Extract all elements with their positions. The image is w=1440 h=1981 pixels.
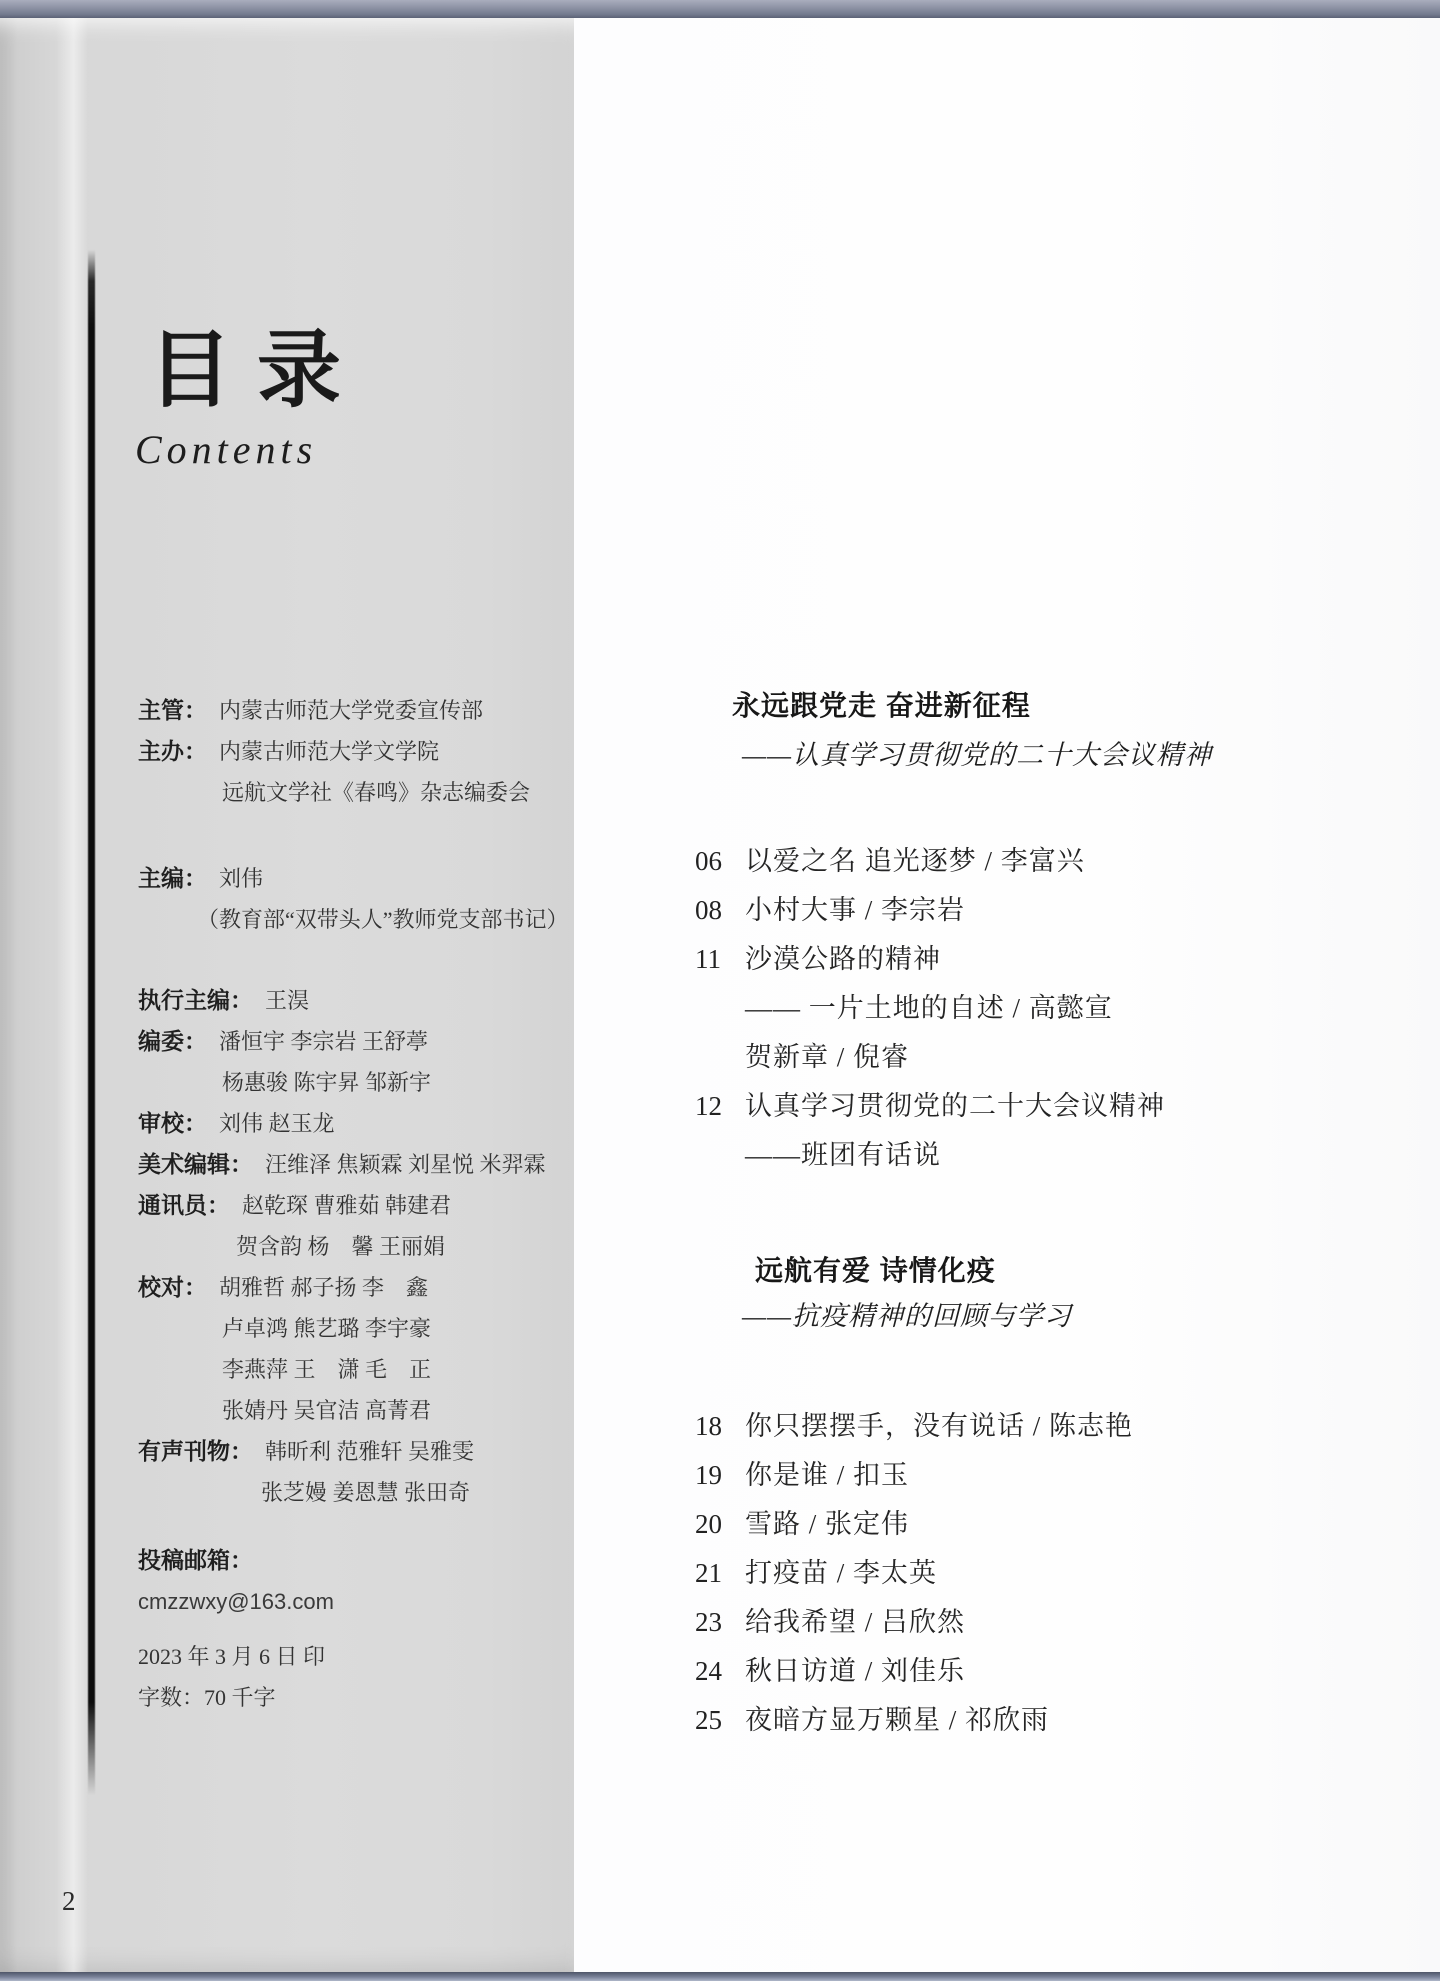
masthead-row: 张婧丹 吴官洁 高菁君 (222, 1390, 574, 1431)
toc-entry: 25夜暗方显万颗星 / 祁欣雨 (695, 1696, 1415, 1745)
masthead-value: 王淏 (265, 988, 309, 1013)
toc-entry-line: 夜暗方显万颗星 / 祁欣雨 (745, 1696, 1415, 1745)
masthead-label: 主管： (138, 697, 207, 723)
masthead-row: 卢卓鸿 熊艺璐 李宇豪 (222, 1308, 574, 1349)
toc-entry-line: 贺新章 / 倪睿 (745, 1033, 1415, 1082)
photo-bottom-edge (0, 1972, 1440, 1981)
toc-entry: 21打疫苗 / 李太英 (695, 1549, 1415, 1598)
toc-list: 06以爱之名 追光逐梦 / 李富兴08小村大事 / 李宗岩11沙漠公路的精神——… (695, 837, 1415, 1180)
toc-entry-line: 以爱之名 追光逐梦 / 李富兴 (745, 837, 1415, 886)
masthead-value: 李燕萍 王 潇 毛 正 (222, 1357, 431, 1382)
toc-entry-lines: 你只摆摆手，没有说话 / 陈志艳 (745, 1402, 1415, 1451)
toc-entry-line: 你是谁 / 扣玉 (745, 1451, 1415, 1500)
toc-entry-lines: 你是谁 / 扣玉 (745, 1451, 1415, 1500)
masthead-label: 编委： (138, 1028, 207, 1054)
masthead-row: 贺含韵 杨 馨 王丽娟 (236, 1226, 574, 1267)
toc-section-subtitle: ——抗疫精神的回顾与学习 (742, 1298, 1415, 1334)
masthead-label: 主办： (138, 738, 207, 764)
masthead-row: 杨惠骏 陈宇昇 邹新宇 (222, 1062, 574, 1103)
masthead-value: （教育部“双带头人”教师党支部书记） (197, 907, 569, 932)
masthead-row: （教育部“双带头人”教师党支部书记） (197, 899, 574, 940)
toc-page-number: 18 (695, 1402, 745, 1451)
masthead: 主管：内蒙古师范大学党委宣传部主办：内蒙古师范大学文学院远航文学社《春鸣》杂志编… (0, 690, 574, 1622)
toc-page-number: 11 (695, 935, 745, 1082)
masthead-row: 美术编辑：汪维泽 焦颖霖 刘星悦 米羿霖 (138, 1144, 574, 1185)
photo-top-edge (0, 0, 1440, 18)
toc-entry-lines: 雪路 / 张定伟 (745, 1500, 1415, 1549)
toc-list: 18你只摆摆手，没有说话 / 陈志艳19你是谁 / 扣玉20雪路 / 张定伟21… (695, 1402, 1415, 1745)
masthead-value: 赵乾琛 曹雅茹 韩建君 (242, 1193, 451, 1218)
masthead-value: 胡雅哲 郝子扬 李 鑫 (219, 1275, 428, 1300)
toc-entry: 23给我希望 / 吕欣然 (695, 1598, 1415, 1647)
toc-page-number: 21 (695, 1549, 745, 1598)
masthead-value: 刘伟 (219, 866, 263, 891)
masthead-row: 李燕萍 王 潇 毛 正 (222, 1349, 574, 1390)
toc-entry-line: 雪路 / 张定伟 (745, 1500, 1415, 1549)
toc-entry: 19你是谁 / 扣玉 (695, 1451, 1415, 1500)
toc-entry-line: ——班团有话说 (745, 1131, 1415, 1180)
toc-page-number: 23 (695, 1598, 745, 1647)
toc-entry-lines: 夜暗方显万颗星 / 祁欣雨 (745, 1696, 1415, 1745)
masthead-value: 卢卓鸿 熊艺璐 李宇豪 (222, 1316, 431, 1341)
toc-entry-line: 沙漠公路的精神 (745, 935, 1415, 984)
toc-page-number: 25 (695, 1696, 745, 1745)
masthead-row: 执行主编：王淏 (138, 980, 574, 1021)
masthead-value: 贺含韵 杨 馨 王丽娟 (236, 1234, 445, 1259)
toc-entry: 20雪路 / 张定伟 (695, 1500, 1415, 1549)
toc-entry: 11沙漠公路的精神—— 一片土地的自述 / 高懿宣贺新章 / 倪睿 (695, 935, 1415, 1082)
toc-entry-lines: 给我希望 / 吕欣然 (745, 1598, 1415, 1647)
masthead-row: 通讯员：赵乾琛 曹雅茹 韩建君 (138, 1185, 574, 1226)
toc-page-number: 19 (695, 1451, 745, 1500)
toc-section-subtitle: ——认真学习贯彻党的二十大会议精神 (742, 737, 1415, 773)
scanned-magazine-page: 目 录 Contents 主管：内蒙古师范大学党委宣传部主办：内蒙古师范大学文学… (0, 0, 1440, 1981)
masthead-row: 主编：刘伟 (138, 858, 574, 899)
toc-entry: 18你只摆摆手，没有说话 / 陈志艳 (695, 1402, 1415, 1451)
toc-entry-lines: 沙漠公路的精神—— 一片土地的自述 / 高懿宣贺新章 / 倪睿 (745, 935, 1415, 1082)
toc-page-number: 06 (695, 837, 745, 886)
colophon-line: 字数：70 千字 (138, 1677, 325, 1718)
toc-section-antiepidemic: 远航有爱 诗情化疫 ——抗疫精神的回顾与学习 18你只摆摆手，没有说话 / 陈志… (695, 1253, 1415, 1745)
masthead-row: 校对：胡雅哲 郝子扬 李 鑫 (138, 1267, 574, 1308)
masthead-value: 刘伟 赵玉龙 (219, 1111, 335, 1136)
toc-entry-line: 认真学习贯彻党的二十大会议精神 (745, 1082, 1415, 1131)
toc-page-number: 08 (695, 886, 745, 935)
masthead-label: 美术编辑： (138, 1151, 253, 1177)
masthead-row: 远航文学社《春鸣》杂志编委会 (222, 772, 574, 813)
toc-section-party: 永远跟党走 奋进新征程 ——认真学习贯彻党的二十大会议精神 06以爱之名 追光逐… (695, 688, 1415, 1180)
masthead-row: 主办：内蒙古师范大学文学院 (138, 731, 574, 772)
toc-entry: 24秋日访道 / 刘佳乐 (695, 1647, 1415, 1696)
masthead-label: 审校： (138, 1110, 207, 1136)
toc-entry: 08小村大事 / 李宗岩 (695, 886, 1415, 935)
toc-section-title: 永远跟党走 奋进新征程 (732, 688, 1415, 724)
masthead-value: 杨惠骏 陈宇昇 邹新宇 (222, 1070, 431, 1095)
masthead-value: 张芝嫚 姜恩慧 张田奇 (261, 1480, 470, 1505)
toc-page-number: 20 (695, 1500, 745, 1549)
masthead-label: 投稿邮箱： (138, 1547, 253, 1573)
page-number: 2 (62, 1886, 76, 1917)
toc-entry-lines: 打疫苗 / 李太英 (745, 1549, 1415, 1598)
toc-entry-lines: 认真学习贯彻党的二十大会议精神——班团有话说 (745, 1082, 1415, 1180)
toc-page-number: 24 (695, 1647, 745, 1696)
masthead-label: 有声刊物： (138, 1438, 253, 1464)
masthead-value: 韩昕利 范雅轩 吴雅雯 (265, 1439, 474, 1464)
toc-entry-line: —— 一片土地的自述 / 高懿宣 (745, 984, 1415, 1033)
toc-entry: 06以爱之名 追光逐梦 / 李富兴 (695, 837, 1415, 886)
toc-section-title: 远航有爱 诗情化疫 (755, 1253, 1415, 1289)
masthead-value: 内蒙古师范大学党委宣传部 (219, 698, 483, 723)
toc-entry-lines: 秋日访道 / 刘佳乐 (745, 1647, 1415, 1696)
toc-entry-line: 小村大事 / 李宗岩 (745, 886, 1415, 935)
toc-entry-line: 给我希望 / 吕欣然 (745, 1598, 1415, 1647)
masthead-value: 潘恒宇 李宗岩 王舒葶 (219, 1029, 428, 1054)
page-title-chinese: 目 录 (148, 326, 343, 418)
toc-entry: 12认真学习贯彻党的二十大会议精神——班团有话说 (695, 1082, 1415, 1180)
toc-entry-lines: 以爱之名 追光逐梦 / 李富兴 (745, 837, 1415, 886)
masthead-value: 张婧丹 吴官洁 高菁君 (222, 1398, 431, 1423)
colophon: 2023 年 3 月 6 日 印字数：70 千字 (138, 1636, 325, 1718)
masthead-row: 投稿邮箱：cmzzwxy@163.com (138, 1540, 574, 1622)
masthead-row: 有声刊物：韩昕利 范雅轩 吴雅雯 (138, 1431, 574, 1472)
toc-entry-line: 你只摆摆手，没有说话 / 陈志艳 (745, 1402, 1415, 1451)
colophon-line: 2023 年 3 月 6 日 印 (138, 1636, 325, 1677)
masthead-row: 张芝嫚 姜恩慧 张田奇 (261, 1472, 574, 1513)
masthead-row: 主管：内蒙古师范大学党委宣传部 (138, 690, 574, 731)
toc-entry-line: 秋日访道 / 刘佳乐 (745, 1647, 1415, 1696)
masthead-label: 校对： (138, 1274, 207, 1300)
masthead-row: 审校：刘伟 赵玉龙 (138, 1103, 574, 1144)
masthead-label: 通讯员： (138, 1192, 230, 1218)
toc-entry-line: 打疫苗 / 李太英 (745, 1549, 1415, 1598)
masthead-value: 远航文学社《春鸣》杂志编委会 (222, 780, 530, 805)
masthead-email: cmzzwxy@163.com (138, 1581, 574, 1622)
masthead-value: 汪维泽 焦颖霖 刘星悦 米羿霖 (265, 1152, 546, 1177)
masthead-label: 主编： (138, 865, 207, 891)
masthead-value: 内蒙古师范大学文学院 (219, 739, 439, 764)
toc-page-number: 12 (695, 1082, 745, 1180)
toc-entry-lines: 小村大事 / 李宗岩 (745, 886, 1415, 935)
page-title-english: Contents (135, 424, 317, 476)
masthead-label: 执行主编： (138, 987, 253, 1013)
masthead-row: 编委：潘恒宇 李宗岩 王舒葶 (138, 1021, 574, 1062)
